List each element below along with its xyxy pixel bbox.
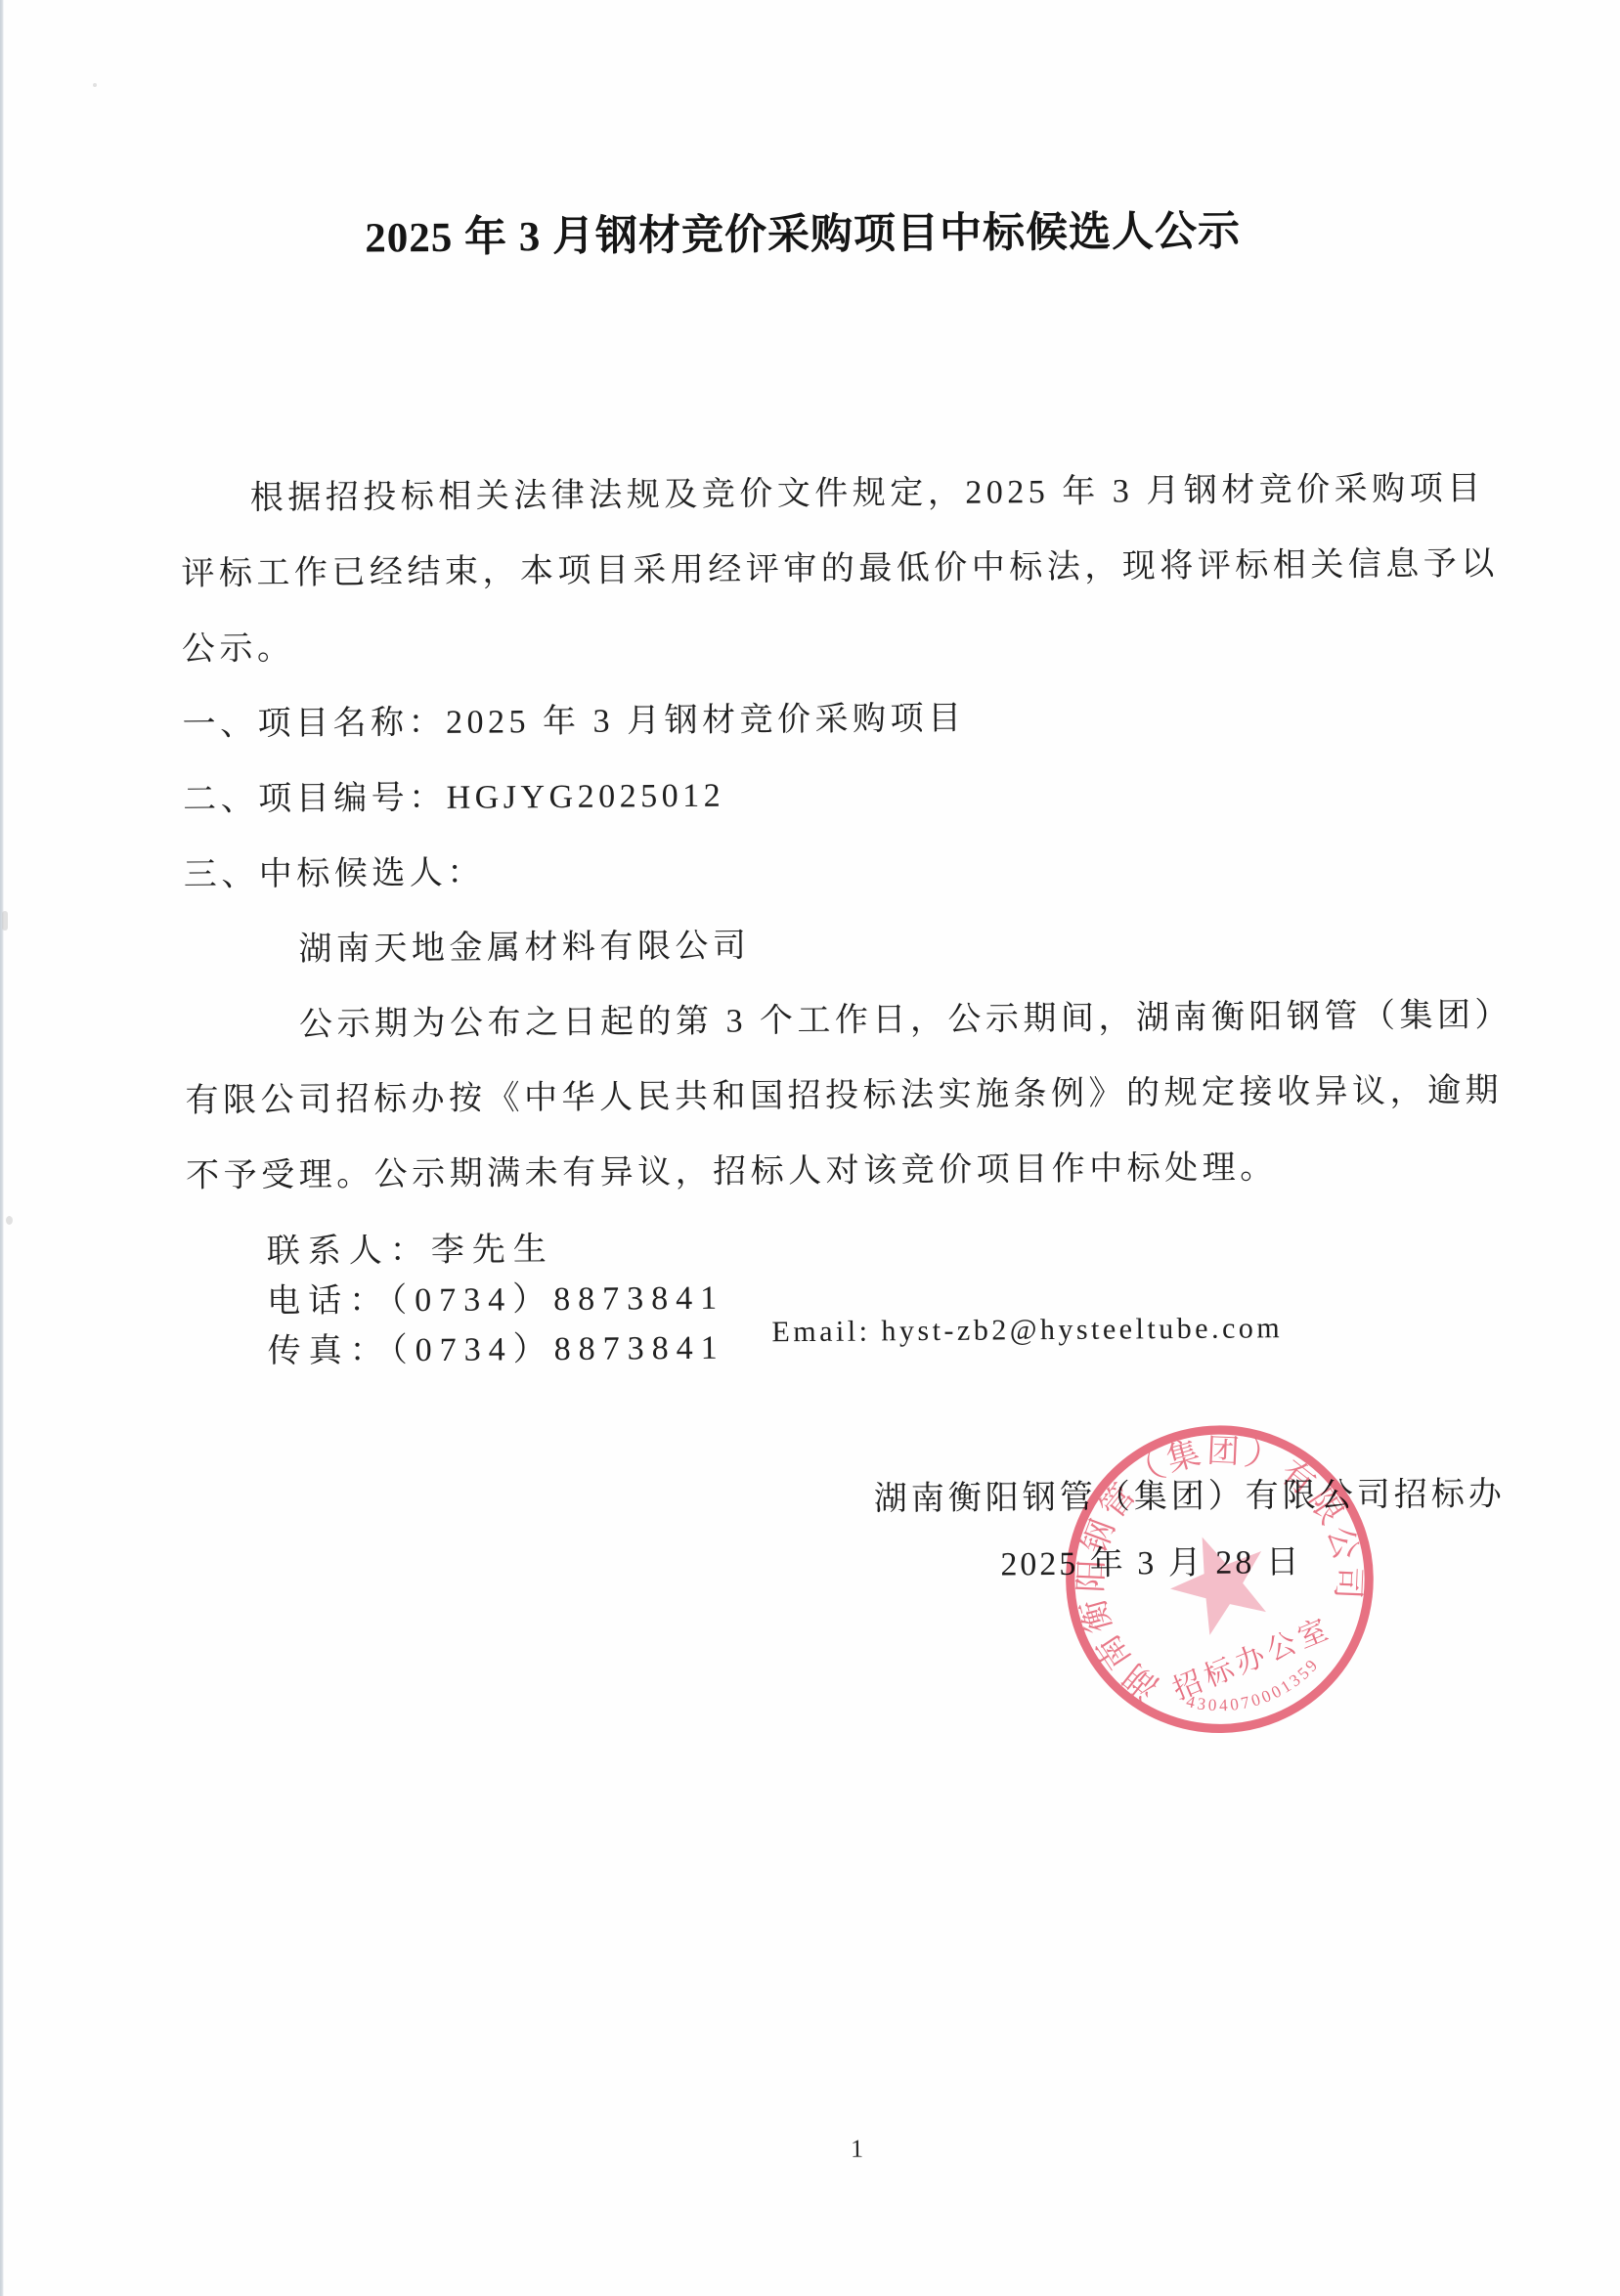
intro-line: 根据招投标相关法律法规及竞价文件规定，2025 年 3 月钢材竞价采购项目 [250,461,1485,519]
contact-fax: 传真：（0734）8873841 [267,1321,724,1372]
seal-graphic: 湖南衡阳钢管（集团）有限公司 招标办公室 4304070001359 [1004,1364,1435,1795]
item-project-name: 一、项目名称：2025 年 3 月钢材竞价采购项目 [182,691,965,745]
notice-line: 有限公司招标办按《中华人民共和国招投标法实施条例》的规定接收异议，逾期 [185,1062,1503,1121]
item-candidates-heading: 三、中标候选人： [184,845,485,895]
contact-email: Email: hyst-zb2@hysteeltube.com [771,1312,1283,1349]
document-title: 2025 年 3 月钢材竞价采购项目中标候选人公示 [0,195,1613,268]
seal-star-icon [1157,1518,1284,1642]
page-number: 1 [851,2135,863,2164]
intro-line: 评标工作已经结束，本项目采用经评审的最低价中标法，现将评标相关信息予以 [181,536,1499,594]
candidate-name: 湖南天地金属材料有限公司 [298,918,750,970]
contact-person: 联系人：李先生 [267,1222,554,1272]
notice-line: 不予受理。公示期满未有异议，招标人对该竞价项目作中标处理。 [186,1140,1278,1196]
intro-line: 公示。 [182,621,295,670]
item-project-number: 二、项目编号：HGJYG2025012 [183,768,724,820]
contact-phone: 电话：（0734）8873841 [267,1271,724,1322]
document-content: 2025 年 3 月钢材竞价采购项目中标候选人公示 根据招投标相关法律法规及竞价… [0,0,1620,2296]
official-seal-stamp: 湖南衡阳钢管（集团）有限公司 招标办公室 4304070001359 [1004,1364,1435,1795]
document-page: 2025 年 3 月钢材竞价采购项目中标候选人公示 根据招投标相关法律法规及竞价… [0,0,1620,2296]
notice-line: 公示期为公布之日起的第 3 个工作日，公示期间，湖南衡阳钢管（集团） [299,987,1512,1045]
